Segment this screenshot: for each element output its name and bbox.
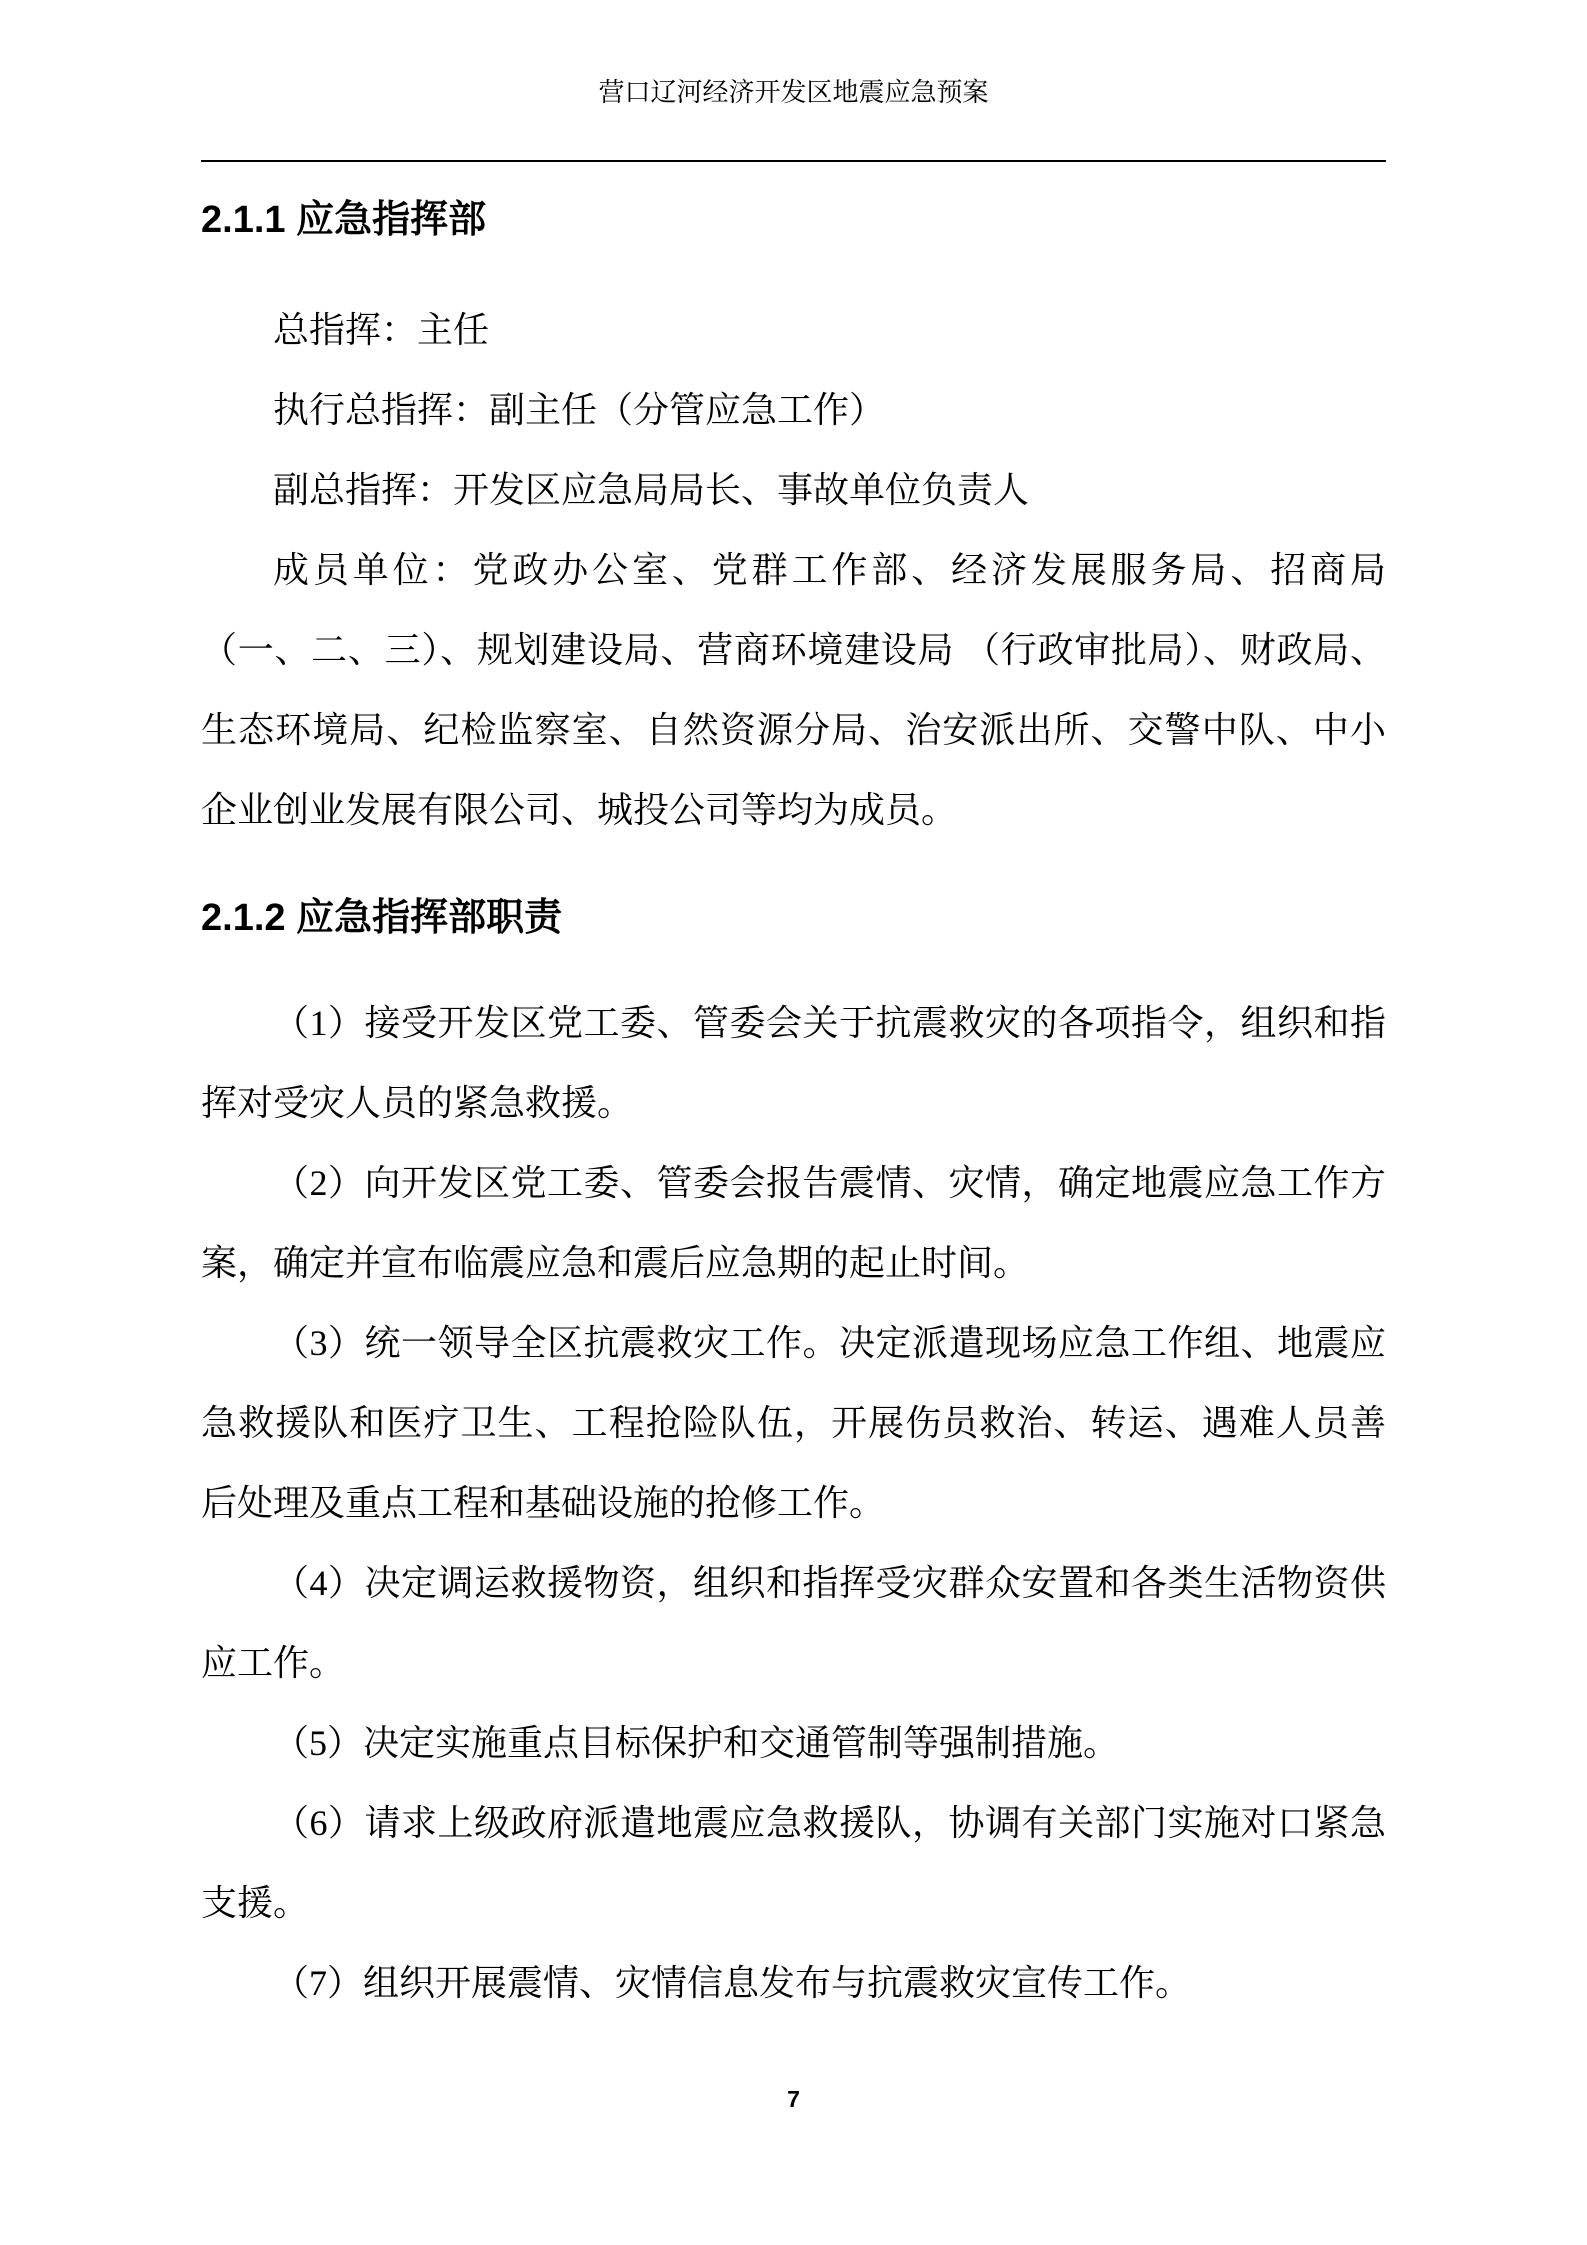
- paragraph-commander: 总指挥：主任: [201, 290, 1386, 370]
- paragraph-executive-commander: 执行总指挥：副主任（分管应急工作）: [201, 370, 1386, 450]
- header-divider-line: [201, 160, 1386, 162]
- document-header-title: 营口辽河经济开发区地震应急预案: [0, 0, 1587, 110]
- paragraph-deputy-commander: 副总指挥：开发区应急局局长、事故单位负责人: [201, 450, 1386, 530]
- paragraph-duty-1: （1）接受开发区党工委、管委会关于抗震救灾的各项指令，组织和指挥对受灾人员的紧急…: [201, 983, 1386, 1143]
- section-heading-2-1-1: 2.1.1 应急指挥部: [201, 195, 1386, 245]
- document-body: 2.1.1 应急指挥部 总指挥：主任 执行总指挥：副主任（分管应急工作） 副总指…: [201, 195, 1386, 2023]
- section-heading-2-1-2: 2.1.2 应急指挥部职责: [201, 893, 1386, 943]
- page-footer: 7: [0, 2085, 1587, 2245]
- page-number: 7: [787, 2085, 800, 2113]
- paragraph-duty-7: （7）组织开展震情、灾情信息发布与抗震救灾宣传工作。: [201, 1943, 1386, 2023]
- paragraph-duty-3: （3）统一领导全区抗震救灾工作。决定派遣现场应急工作组、地震应急救援队和医疗卫生…: [201, 1303, 1386, 1543]
- paragraph-duty-2: （2）向开发区党工委、管委会报告震情、灾情，确定地震应急工作方案，确定并宣布临震…: [201, 1143, 1386, 1303]
- paragraph-duty-4: （4）决定调运救援物资，组织和指挥受灾群众安置和各类生活物资供应工作。: [201, 1543, 1386, 1703]
- paragraph-duty-5: （5）决定实施重点目标保护和交通管制等强制措施。: [201, 1703, 1386, 1783]
- paragraph-duty-6: （6）请求上级政府派遣地震应急救援队，协调有关部门实施对口紧急支援。: [201, 1783, 1386, 1943]
- paragraph-member-units: 成员单位：党政办公室、党群工作部、经济发展服务局、招商局（一、二、三）、规划建设…: [201, 530, 1386, 850]
